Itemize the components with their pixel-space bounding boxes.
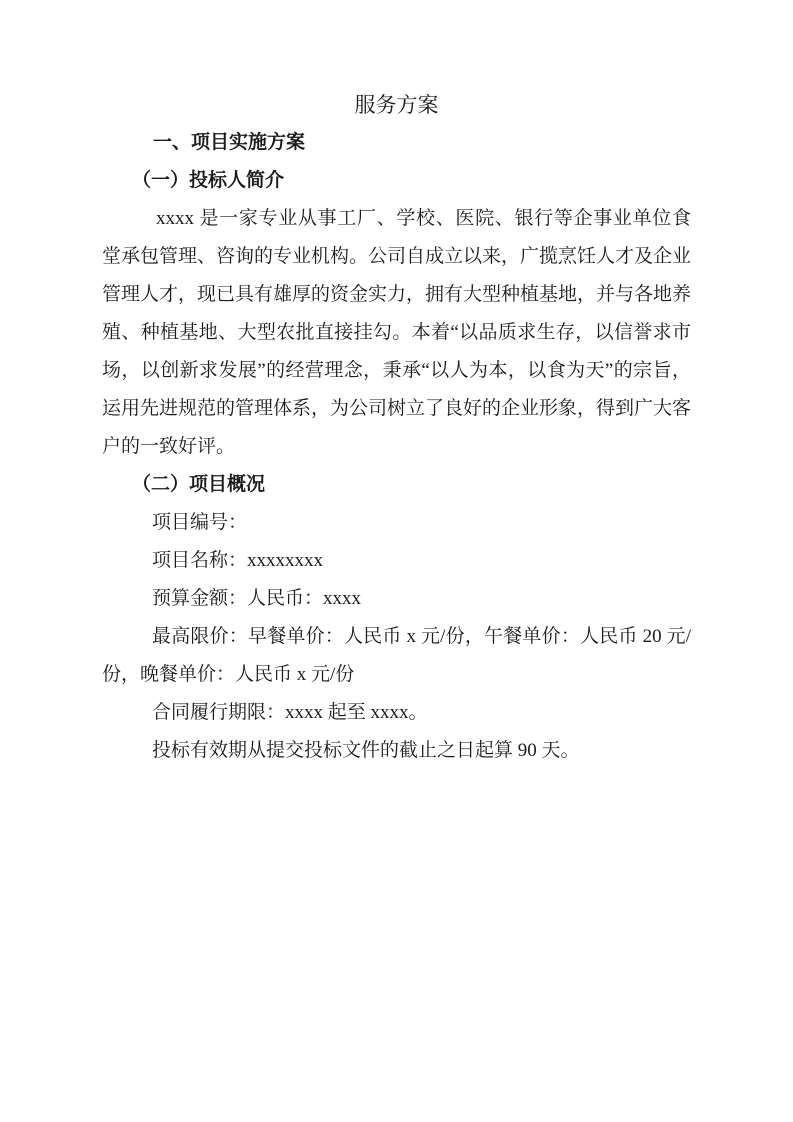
document-title: 服务方案: [102, 86, 691, 124]
budget-amount-line: 预算金额：人民币：xxxx: [102, 580, 691, 618]
project-name-line: 项目名称：xxxxxxxx: [102, 542, 691, 580]
contract-period-line: 合同履行期限：xxxx 起至 xxxx。: [102, 694, 691, 732]
project-number-line: 项目编号：: [102, 504, 691, 542]
price-cap-paragraph: 最高限价：早餐单价：人民币 x 元/份，午餐单价：人民币 20 元/份，晚餐单价…: [102, 618, 691, 694]
heading-project-overview: （二）项目概况: [102, 466, 691, 504]
heading-bidder-introduction: （一）投标人简介: [102, 162, 691, 200]
bid-validity-line: 投标有效期从提交投标文件的截止之日起算 90 天。: [102, 732, 691, 770]
document-page: 服务方案 一、项目实施方案 （一）投标人简介 xxxx 是一家专业从事工厂、学校…: [0, 0, 793, 1122]
heading-project-implementation-plan: 一、项目实施方案: [102, 124, 691, 162]
bidder-intro-paragraph: xxxx 是一家专业从事工厂、学校、医院、银行等企事业单位食堂承包管理、咨询的专…: [102, 200, 691, 466]
